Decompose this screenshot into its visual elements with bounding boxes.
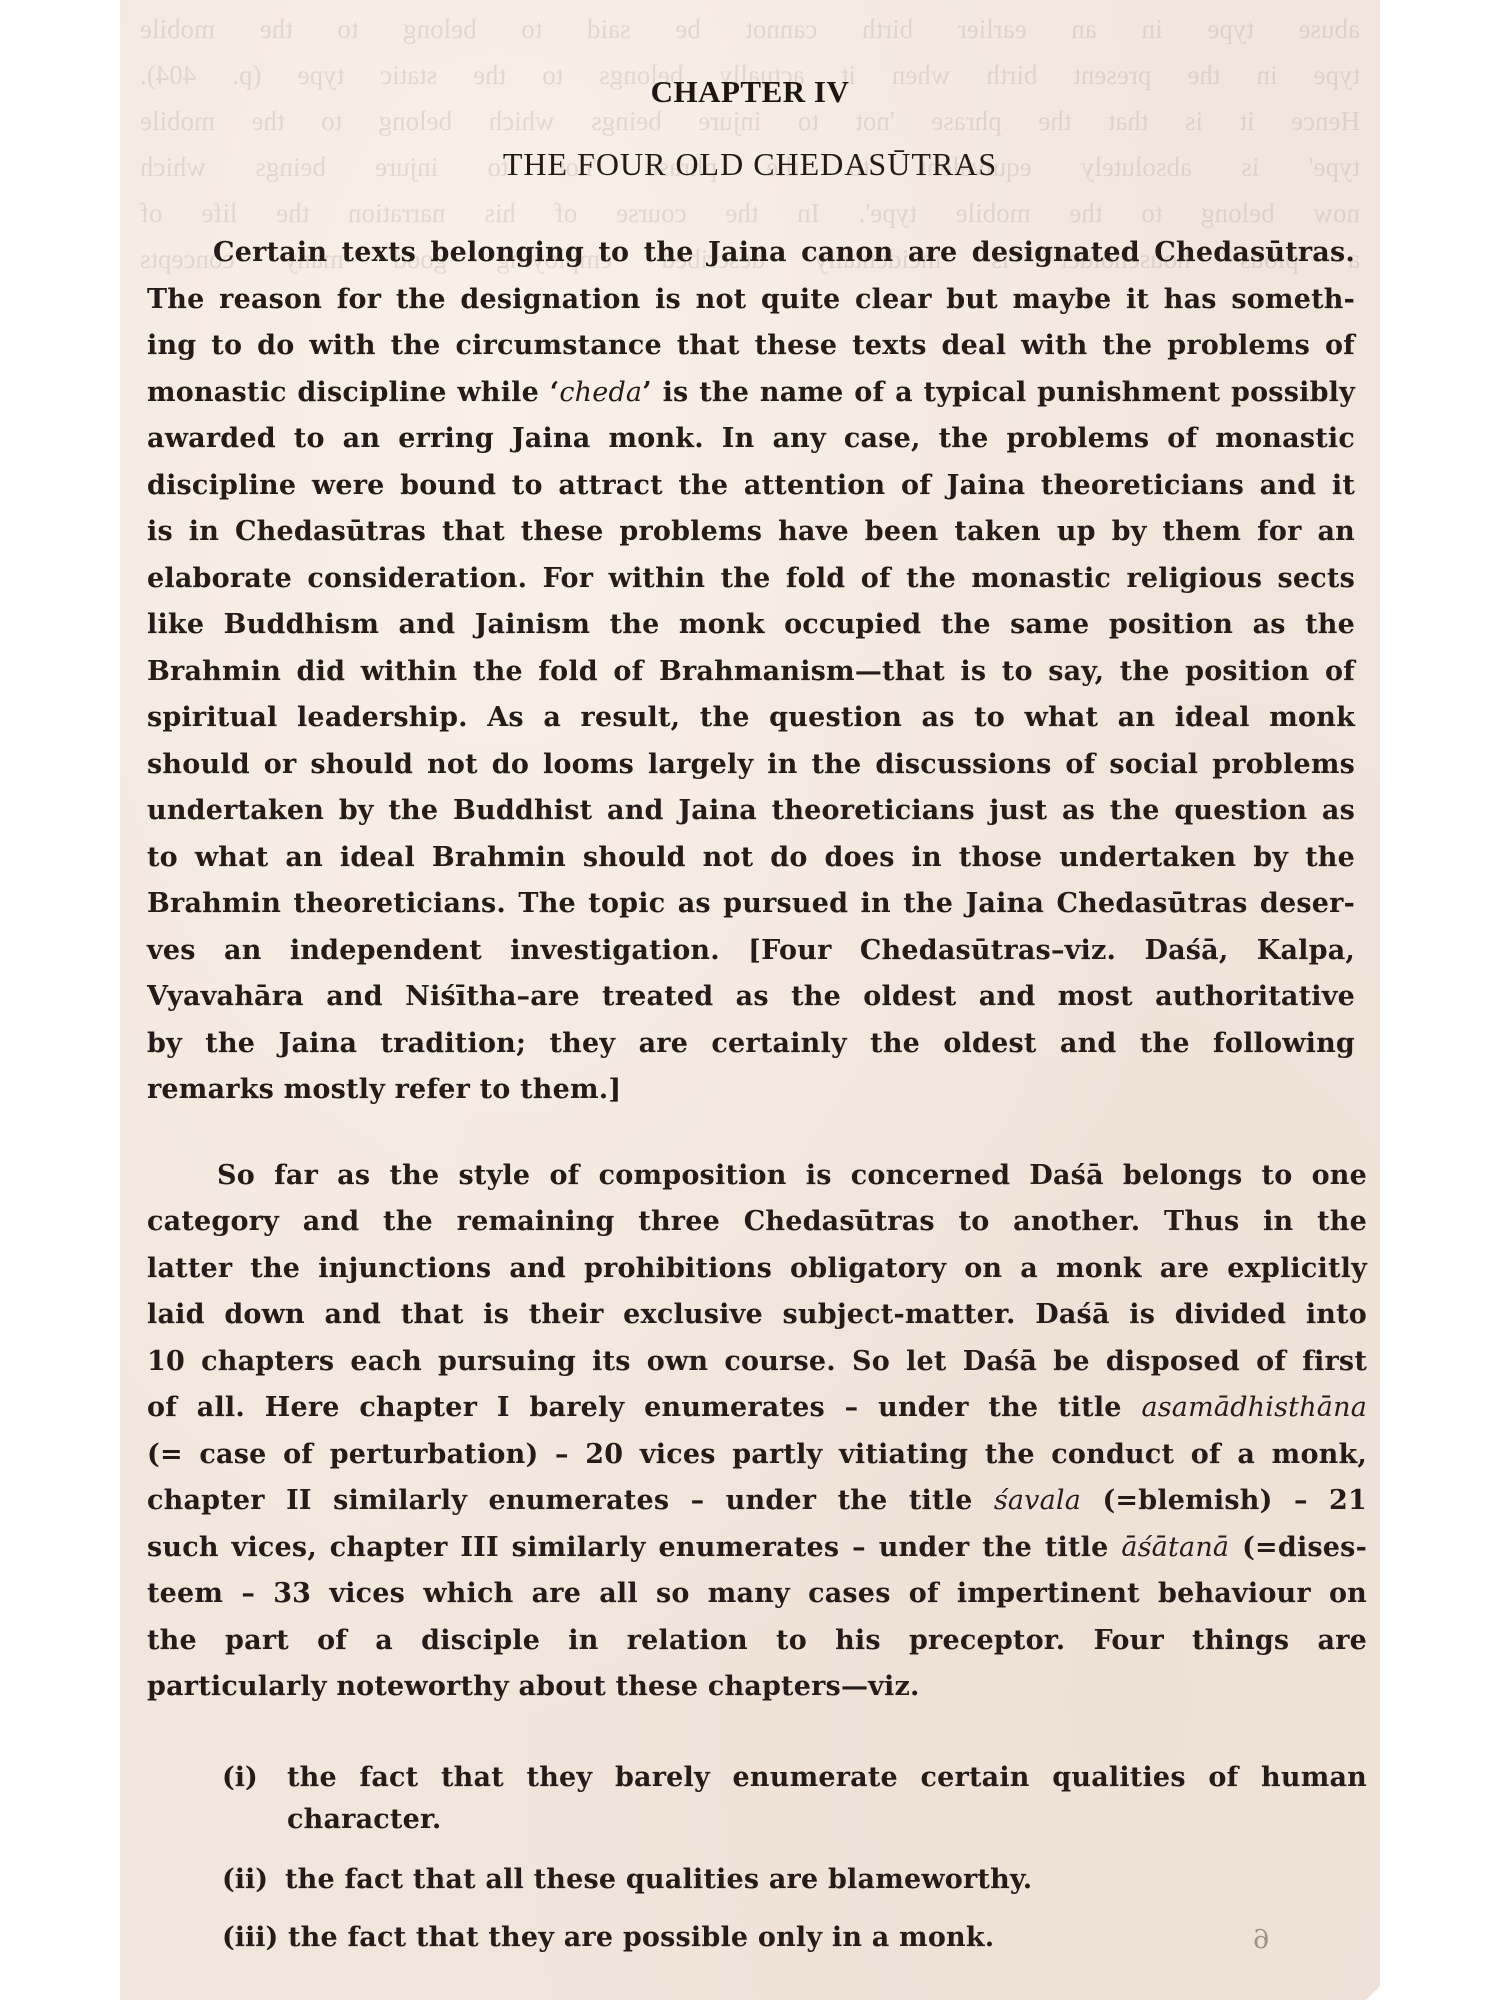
text-line-content: monastic discipline while ‘cheda’ is the… — [147, 377, 1355, 408]
text-line: discipline were bound to attract the att… — [147, 466, 1355, 506]
text-line: ves an independent investigation. [Four … — [147, 931, 1355, 971]
list-text: the fact that all these qualities are bl… — [285, 1860, 1365, 1900]
text-line: Brahmin did within the fold of Brahmanis… — [147, 652, 1355, 692]
text-line: laid down and that is their exclusive su… — [147, 1295, 1367, 1335]
text-line: monastic discipline while ‘cheda’ is the… — [147, 373, 1355, 413]
text-line: Brahmin theoreticians. The topic as purs… — [147, 884, 1355, 924]
list-number: (ii) — [222, 1860, 268, 1900]
text-line: Certain texts belonging to the Jaina can… — [213, 233, 1355, 273]
text-line: The reason for the designation is not qu… — [147, 280, 1355, 320]
text-line: latter the injunctions and prohibitions … — [147, 1249, 1367, 1289]
text-line: elaborate consideration. For within the … — [147, 559, 1355, 599]
text-line: by the Jaina tradition; they are certain… — [147, 1024, 1355, 1064]
text-line: is in Chedasūtras that these problems ha… — [147, 512, 1355, 552]
chapter-title: THE FOUR OLD CHEDASŪTRAS — [120, 146, 1380, 183]
text-line: the part of a disciple in relation to hi… — [147, 1621, 1367, 1661]
list-text: character. — [287, 1800, 1367, 1840]
book-page: abuse type in an earlier birth cannot be… — [120, 0, 1380, 2000]
list-text: the fact that they are possible only in … — [288, 1918, 1368, 1958]
text-line: awarded to an erring Jaina monk. In any … — [147, 419, 1355, 459]
text-line: should or should not do looms largely in… — [147, 745, 1355, 785]
text-line: remarks mostly refer to them.] — [147, 1070, 1355, 1110]
text-line: spiritual leadership. As a result, the q… — [147, 698, 1355, 738]
text-line: of all. Here chapter I barely enumerates… — [147, 1388, 1367, 1428]
list-text: the fact that they barely enumerate cert… — [287, 1758, 1367, 1798]
text-line: Vyavahāra and Niśītha–are treated as the… — [147, 977, 1355, 1017]
page-corner — [1366, 1986, 1380, 2000]
page-number-showthrough: 6 — [1253, 1925, 1270, 1955]
text-line: 10 chapters each pursuing its own course… — [147, 1342, 1367, 1382]
text-line: teem – 33 vices which are all so many ca… — [147, 1574, 1367, 1614]
text-line: So far as the style of composition is co… — [217, 1156, 1367, 1196]
text-line: chapter II similarly enumerates – under … — [147, 1481, 1367, 1521]
text-line: to what an ideal Brahmin should not do d… — [147, 838, 1355, 878]
text-line: like Buddhism and Jainism the monk occup… — [147, 605, 1355, 645]
list-number: (i) — [222, 1758, 258, 1798]
text-line: such vices, chapter III similarly enumer… — [147, 1528, 1367, 1568]
text-line: (= case of perturbation) – 20 vices part… — [147, 1435, 1367, 1475]
list-number: (iii) — [222, 1918, 278, 1958]
text-line: particularly noteworthy about these chap… — [147, 1667, 1367, 1707]
text-line: category and the remaining three Chedasū… — [147, 1202, 1367, 1242]
text-line: undertaken by the Buddhist and Jaina the… — [147, 791, 1355, 831]
text-line: ing to do with the circumstance that the… — [147, 326, 1355, 366]
chapter-number: CHAPTER IV — [120, 74, 1380, 110]
